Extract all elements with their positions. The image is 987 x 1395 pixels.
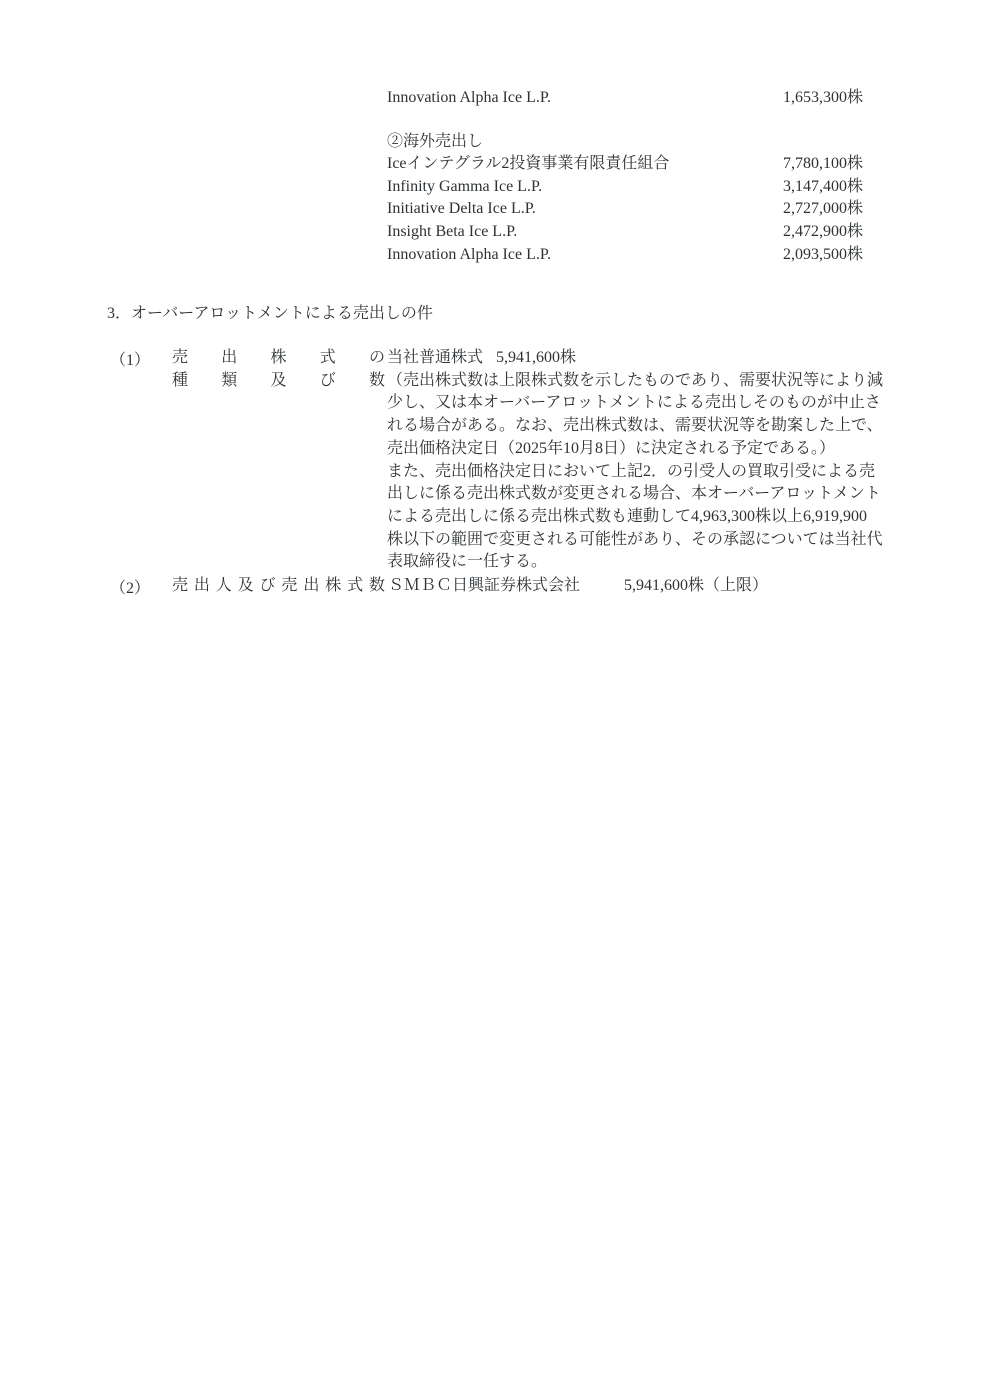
item-value-intro: ＳＭＢＣ日興証券株式会社5,941,600株（上限） bbox=[388, 575, 898, 598]
allocation-list: Innovation Alpha Ice L.P. 1,653,300株 ②海外… bbox=[387, 87, 863, 266]
list-item: Infinity Gamma Ice L.P. 3,147,400株 bbox=[387, 176, 863, 199]
share-count: 7,780,100株 bbox=[783, 153, 863, 176]
list-item: Initiative Delta Ice L.P. 2,727,000株 bbox=[387, 198, 863, 221]
note-line: による売出しに係る売出株式数も連動して4,963,300株以上6,919,900 bbox=[387, 506, 897, 529]
item-label: 売出人及び売出株式数 bbox=[172, 575, 385, 598]
seller-name: ＳＭＢＣ日興証券株式会社 bbox=[388, 577, 580, 594]
item-label-line: 売出株式の bbox=[172, 347, 385, 370]
item-value: ＳＭＢＣ日興証券株式会社5,941,600株（上限） bbox=[388, 575, 898, 598]
share-count: 5,941,600株（上限） bbox=[624, 577, 768, 594]
investor-name: Insight Beta Ice L.P. bbox=[387, 221, 517, 244]
list-item: Innovation Alpha Ice L.P. 2,093,500株 bbox=[387, 244, 863, 267]
item-number: （1） bbox=[110, 347, 150, 370]
note-line: 株以下の範囲で変更される可能性があり、その承認については当社代 bbox=[387, 529, 897, 552]
subsection-heading: ②海外売出し bbox=[387, 131, 863, 154]
list-item: Iceインテグラル2投資事業有限責任組合 7,780,100株 bbox=[387, 153, 863, 176]
share-count: 1,653,300株 bbox=[783, 87, 863, 110]
note-line: 表取締役に一任する。 bbox=[387, 551, 897, 574]
note-line: また、売出価格決定日において上記2．の引受人の買取引受による売 bbox=[387, 461, 897, 484]
item-label-line: 種類及び数 bbox=[172, 370, 385, 393]
document-page: Innovation Alpha Ice L.P. 1,653,300株 ②海外… bbox=[0, 0, 987, 1395]
note-line: 出しに係る売出株式数が変更される場合、本オーバーアロットメント bbox=[387, 483, 897, 506]
investor-name: Initiative Delta Ice L.P. bbox=[387, 198, 536, 221]
note-line: れる場合がある。なお、売出株式数は、需要状況等を勘案した上で、 bbox=[387, 415, 897, 438]
note-line: 少し、又は本オーバーアロットメントによる売出しそのものが中止さ bbox=[387, 392, 897, 415]
item-value-intro: 当社普通株式5,941,600株 bbox=[387, 347, 897, 370]
share-count: 2,093,500株 bbox=[783, 244, 863, 267]
share-count: 2,727,000株 bbox=[783, 198, 863, 221]
list-item: Insight Beta Ice L.P. 2,472,900株 bbox=[387, 221, 863, 244]
share-count: 5,941,600株 bbox=[496, 349, 576, 366]
stock-type: 当社普通株式 bbox=[387, 349, 483, 366]
share-count: 2,472,900株 bbox=[783, 221, 863, 244]
note-line: （売出株式数は上限株式数を示したものであり、需要状況等により減 bbox=[387, 370, 897, 393]
investor-name: Innovation Alpha Ice L.P. bbox=[387, 87, 551, 110]
note-line: 売出価格決定日（2025年10月8日）に決定される予定である。） bbox=[387, 438, 897, 461]
item-label-line: 売出人及び売出株式数 bbox=[172, 575, 385, 598]
item-label: 売出株式の 種類及び数 bbox=[172, 347, 385, 392]
investor-name: Infinity Gamma Ice L.P. bbox=[387, 176, 542, 199]
blank-line bbox=[387, 110, 863, 131]
share-count: 3,147,400株 bbox=[783, 176, 863, 199]
item-number: （2） bbox=[110, 575, 150, 598]
item-value: 当社普通株式5,941,600株 （売出株式数は上限株式数を示したものであり、需… bbox=[387, 347, 897, 574]
list-item: Innovation Alpha Ice L.P. 1,653,300株 bbox=[387, 87, 863, 110]
subsection-label: ②海外売出し bbox=[387, 131, 483, 154]
investor-name: Innovation Alpha Ice L.P. bbox=[387, 244, 551, 267]
investor-name: Iceインテグラル2投資事業有限責任組合 bbox=[387, 153, 669, 176]
section-heading: 3．オーバーアロットメントによる売出しの件 bbox=[107, 300, 433, 323]
